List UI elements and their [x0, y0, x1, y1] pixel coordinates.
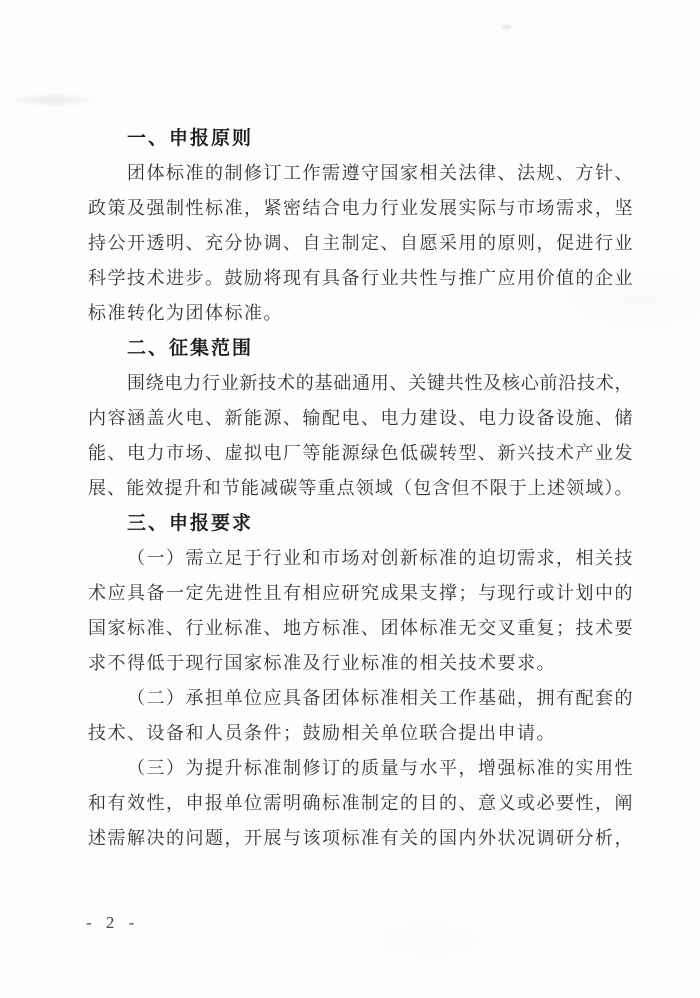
- section-heading-application-principles: 一、申报原则: [88, 121, 633, 156]
- paragraph-line: 求不得低于现行国家标准及行业标准的相关技术要求。: [88, 646, 633, 681]
- section-heading-collection-scope: 二、征集范围: [88, 331, 633, 366]
- paragraph-line: 科学技术进步。鼓励将现有具备行业共性与推广应用价值的企业: [88, 261, 633, 296]
- paragraph-line: 标准转化为团体标准。: [88, 296, 633, 331]
- paragraph-line: （一）需立足于行业和市场对创新标准的迫切需求，相关技: [88, 541, 633, 576]
- section-heading-application-requirements: 三、申报要求: [88, 506, 633, 541]
- page-number: - 2 -: [86, 913, 139, 933]
- paragraph-line: 团体标准的制修订工作需遵守国家相关法律、法规、方针、: [88, 156, 633, 191]
- paragraph-line: 展、能效提升和节能减碳等重点领域（包含但不限于上述领域）。: [88, 471, 633, 506]
- document-body: 一、申报原则 团体标准的制修订工作需遵守国家相关法律、法规、方针、 政策及强制性…: [88, 121, 633, 856]
- paragraph-line: 述需解决的问题，开展与该项标准有关的国内外状况调研分析，: [88, 821, 633, 856]
- paragraph-line: 政策及强制性标准，紧密结合电力行业发展实际与市场需求，坚: [88, 191, 633, 226]
- paragraph-line: 能、电力市场、虚拟电厂等能源绿色低碳转型、新兴技术产业发: [88, 436, 633, 471]
- paragraph-line: 技术、设备和人员条件；鼓励相关单位联合提出申请。: [88, 716, 633, 751]
- scanned-document-page: 一、申报原则 团体标准的制修订工作需遵守国家相关法律、法规、方针、 政策及强制性…: [0, 0, 700, 998]
- paragraph-line: （三）为提升标准制修订的质量与水平，增强标准的实用性: [88, 751, 633, 786]
- paragraph-line: 内容涵盖火电、新能源、输配电、电力建设、电力设备设施、储: [88, 401, 633, 436]
- paragraph-line: 术应具备一定先进性且有相应研究成果支撑；与现行或计划中的: [88, 576, 633, 611]
- paragraph-line: 围绕电力行业新技术的基础通用、关键共性及核心前沿技术，: [88, 366, 633, 401]
- paragraph-line: 国家标准、行业标准、地方标准、团体标准无交叉重复；技术要: [88, 611, 633, 646]
- paragraph-line: 和有效性，申报单位需明确标准制定的目的、意义或必要性，阐: [88, 786, 633, 821]
- paragraph-line: 持公开透明、充分协调、自主制定、自愿采用的原则，促进行业: [88, 226, 633, 261]
- paragraph-line: （二）承担单位应具备团体标准相关工作基础，拥有配套的: [88, 681, 633, 716]
